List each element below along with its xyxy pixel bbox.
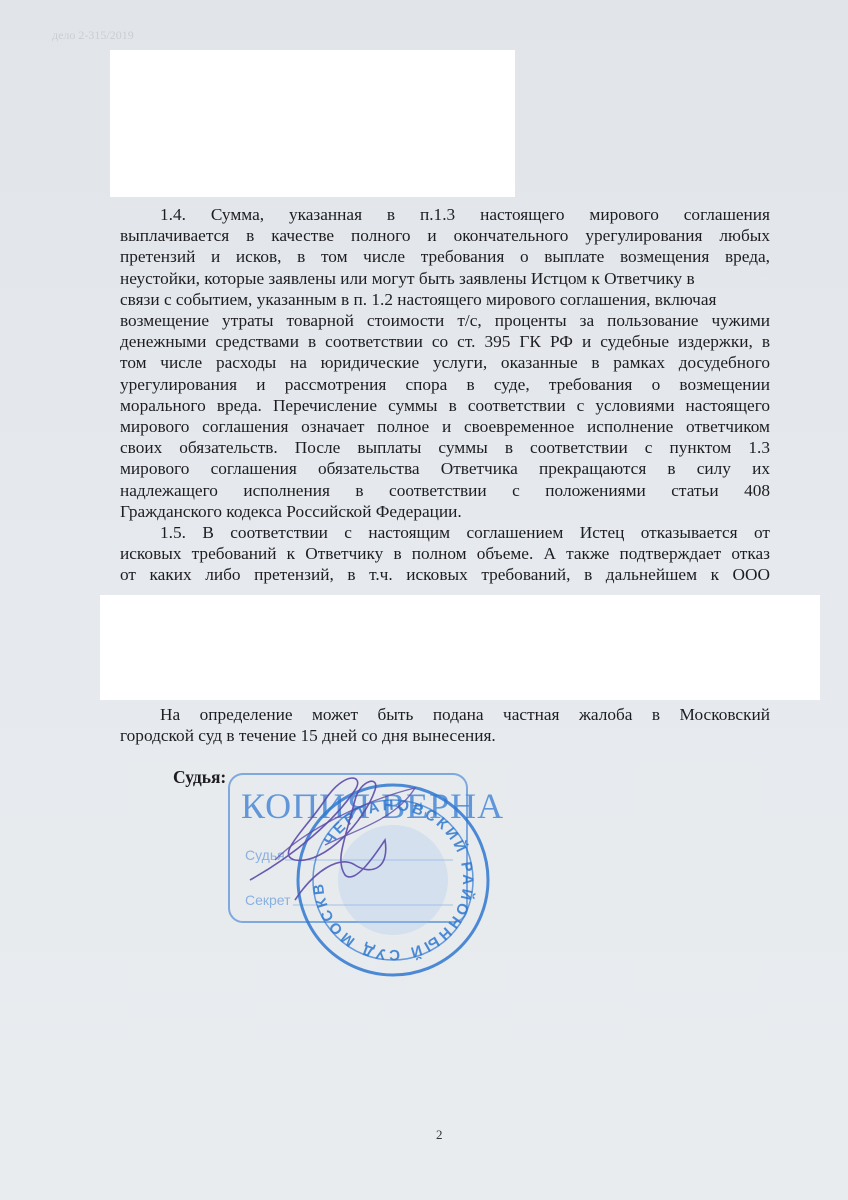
text-line: том числе расходы на юридические услуги,… bbox=[120, 352, 770, 373]
document-page: дело 2-315/2019 1.4. Сумма, указанная в … bbox=[0, 0, 848, 1200]
text-line: неустойки, которые заявлены или могут бы… bbox=[120, 268, 770, 289]
text-line: городской суд в течение 15 дней со дня в… bbox=[120, 725, 770, 746]
text-line: исковых требований к Ответчику в полном … bbox=[120, 543, 770, 564]
text-line: урегулирования и рассмотрения спора в су… bbox=[120, 374, 770, 395]
appeal-paragraph: На определение может быть подана частная… bbox=[120, 704, 770, 746]
text-line: от каких либо претензий, в т.ч. исковых … bbox=[120, 564, 770, 585]
text-line: выплачивается в качестве полного и оконч… bbox=[120, 225, 770, 246]
text-line: Гражданского кодекса Российской Федераци… bbox=[120, 501, 770, 522]
paragraph-1-5: 1.5. В соответствии с настоящим соглашен… bbox=[120, 522, 770, 586]
page-number: 2 bbox=[436, 1127, 443, 1143]
redaction-box-middle bbox=[100, 595, 820, 700]
text-line: 1.5. В соответствии с настоящим соглашен… bbox=[120, 522, 770, 543]
text-line: возмещение утраты товарной стоимости т/с… bbox=[120, 310, 770, 331]
paragraph-1-4: 1.4. Сумма, указанная в п.1.3 настоящего… bbox=[120, 204, 770, 522]
svg-text:Судья: Судья bbox=[245, 847, 285, 863]
text-line: надлежащего исполнения в соответствии с … bbox=[120, 480, 770, 501]
text-line: денежными средствами в соответствии со с… bbox=[120, 331, 770, 352]
text-line: мирового соглашения означает полное и св… bbox=[120, 416, 770, 437]
bleed-through-header: дело 2-315/2019 bbox=[52, 28, 134, 43]
text-line: связи с событием, указанным в п. 1.2 нас… bbox=[120, 289, 770, 310]
text-line: морального вреда. Перечисление суммы в с… bbox=[120, 395, 770, 416]
text-line: 1.4. Сумма, указанная в п.1.3 настоящего… bbox=[120, 204, 770, 225]
stamp-icon: КОПИЯ ВЕРНА Судья Секрет ЧЕРТАНОВСКИЙ РА… bbox=[215, 760, 515, 1060]
text-line: своих обязательств. После выплаты суммы … bbox=[120, 437, 770, 458]
text-line: На определение может быть подана частная… bbox=[120, 704, 770, 725]
text-line: мирового соглашения обязательства Ответч… bbox=[120, 458, 770, 479]
redaction-box-top bbox=[110, 50, 515, 197]
court-stamp: КОПИЯ ВЕРНА Судья Секрет ЧЕРТАНОВСКИЙ РА… bbox=[215, 760, 515, 1060]
svg-text:Секрет: Секрет bbox=[245, 892, 291, 908]
text-line: претензий и исков, в том числе требовани… bbox=[120, 246, 770, 267]
